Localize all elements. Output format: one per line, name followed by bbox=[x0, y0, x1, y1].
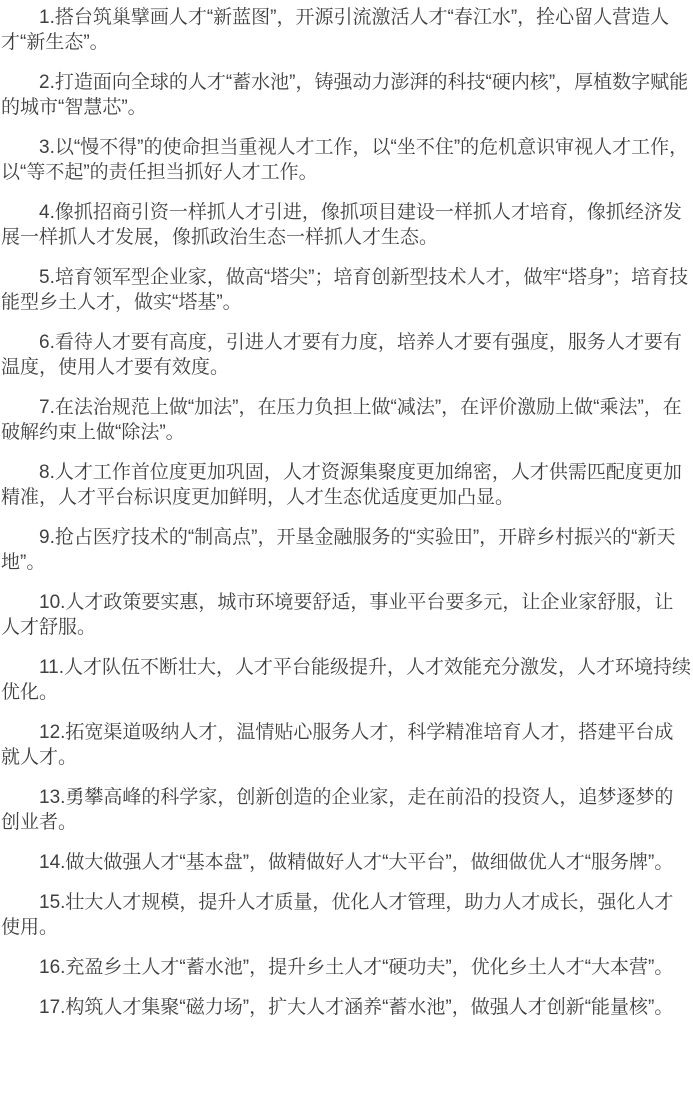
paragraph-13: 13.勇攀高峰的科学家，创新创造的企业家，走在前沿的投资人，追梦逐梦的创业者。 bbox=[1, 785, 692, 835]
paragraph-15: 15.壮大人才规模，提升人才质量，优化人才管理，助力人才成长，强化人才使用。 bbox=[1, 890, 692, 940]
paragraph-9: 9.抢占医疗技术的“制高点”，开垦金融服务的“实验田”，开辟乡村振兴的“新天地”… bbox=[1, 525, 692, 575]
document-body: 1.搭台筑巢擘画人才“新蓝图”，开源引流激活人才“春江水”，拴心留人营造人才“新… bbox=[0, 0, 693, 1020]
paragraph-8: 8.人才工作首位度更加巩固，人才资源集聚度更加绵密，人才供需匹配度更加精准，人才… bbox=[1, 460, 692, 510]
paragraph-4: 4.像抓招商引资一样抓人才引进，像抓项目建设一样抓人才培育，像抓经济发展一样抓人… bbox=[1, 200, 692, 250]
paragraph-12: 12.拓宽渠道吸纳人才，温情贴心服务人才，科学精准培育人才，搭建平台成就人才。 bbox=[1, 720, 692, 770]
paragraph-11: 11.人才队伍不断壮大，人才平台能级提升，人才效能充分激发，人才环境持续优化。 bbox=[1, 655, 692, 705]
paragraph-5: 5.培育领军型企业家，做高“塔尖”；培育创新型技术人才，做牢“塔身”；培育技能型… bbox=[1, 265, 692, 315]
paragraph-16: 16.充盈乡土人才“蓄水池”，提升乡土人才“硬功夫”，优化乡土人才“大本营”。 bbox=[1, 955, 692, 980]
paragraph-1: 1.搭台筑巢擘画人才“新蓝图”，开源引流激活人才“春江水”，拴心留人营造人才“新… bbox=[1, 5, 692, 55]
paragraph-7: 7.在法治规范上做“加法”，在压力负担上做“减法”，在评价激励上做“乘法”，在破… bbox=[1, 395, 692, 445]
paragraph-3: 3.以“慢不得”的使命担当重视人才工作，以“坐不住”的危机意识审视人才工作，以“… bbox=[1, 135, 692, 185]
document-page: 1.搭台筑巢擘画人才“新蓝图”，开源引流激活人才“春江水”，拴心留人营造人才“新… bbox=[0, 0, 693, 1020]
paragraph-2: 2.打造面向全球的人才“蓄水池”，铸强动力澎湃的科技“硬内核”，厚植数字赋能的城… bbox=[1, 70, 692, 120]
paragraph-17: 17.构筑人才集聚“磁力场”，扩大人才涵养“蓄水池”，做强人才创新“能量核”。 bbox=[1, 995, 692, 1020]
paragraph-14: 14.做大做强人才“基本盘”，做精做好人才“大平台”，做细做优人才“服务牌”。 bbox=[1, 850, 692, 875]
paragraph-10: 10.人才政策要实惠，城市环境要舒适，事业平台要多元，让企业家舒服，让人才舒服。 bbox=[1, 590, 692, 640]
paragraph-6: 6.看待人才要有高度，引进人才要有力度，培养人才要有强度，服务人才要有温度，使用… bbox=[1, 330, 692, 380]
